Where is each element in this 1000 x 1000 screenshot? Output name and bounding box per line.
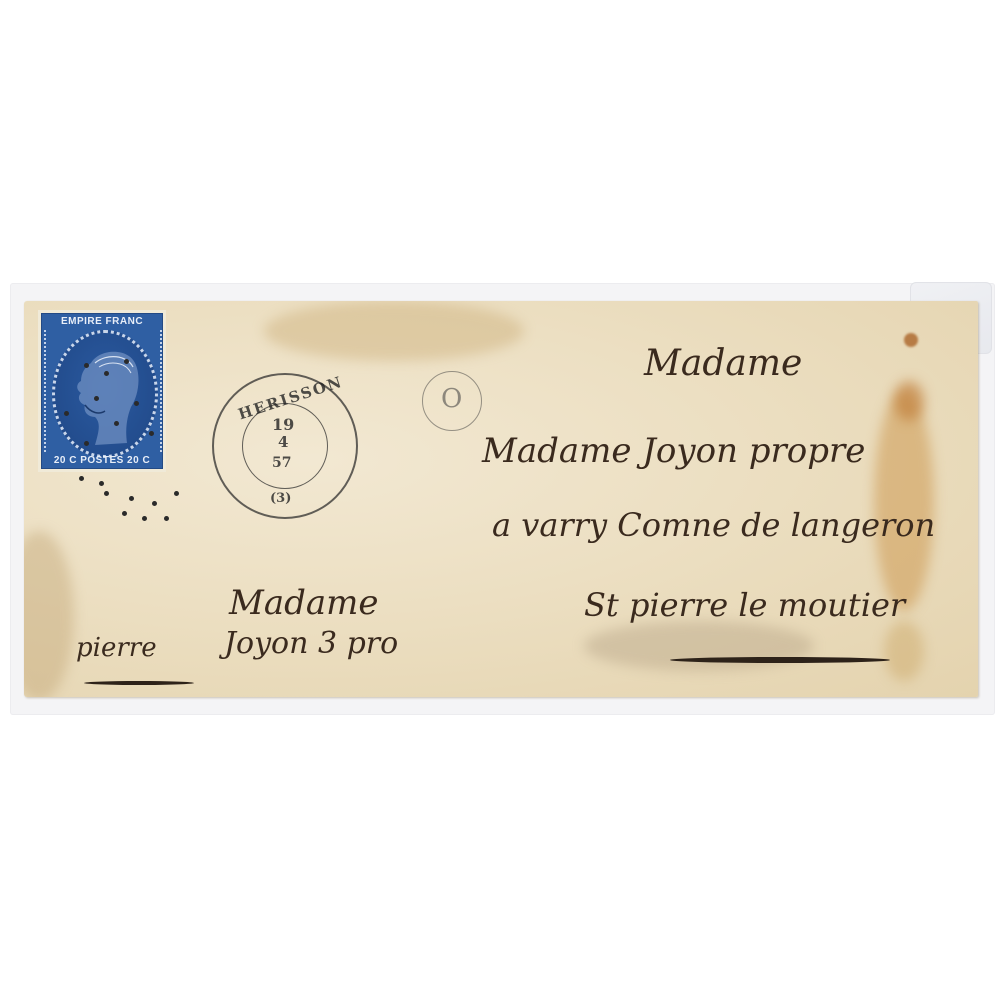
stain <box>894 381 924 421</box>
address-line-2: Madame Joyon propre <box>482 431 865 471</box>
annotation-word-2: Joyon 3 pro <box>224 626 398 661</box>
secondary-circle-mark: O <box>422 371 482 431</box>
annotation-word-3: pierre <box>76 633 157 663</box>
address-line-4: St pierre le moutier <box>584 586 905 624</box>
postmark-month: 4 <box>278 433 288 451</box>
postmark-day: 19 <box>272 415 294 434</box>
stain <box>874 391 934 611</box>
secondary-mark-text: O <box>441 384 462 414</box>
address-line-3: a varry Comne de langeron <box>492 506 935 544</box>
postmark-year: 57 <box>272 455 291 471</box>
stain <box>884 621 924 681</box>
envelope: EMPIRE FRANC 20 C POSTES 20 C <box>24 301 978 697</box>
annotation-word-1: Madame <box>229 583 378 623</box>
stain <box>904 333 918 347</box>
stamp-top-text: EMPIRE FRANC <box>42 316 162 327</box>
portrait-icon <box>55 333 155 455</box>
stain <box>264 301 524 361</box>
postmark: HERISSON 19 4 57 (3) <box>212 373 358 519</box>
postmark-department: (3) <box>270 491 291 506</box>
stamp-portrait <box>52 330 158 458</box>
stain <box>584 621 814 671</box>
postage-stamp: EMPIRE FRANC 20 C POSTES 20 C <box>38 310 166 472</box>
address-line-1: Madame <box>644 343 802 384</box>
stamp-bottom-text: 20 C POSTES 20 C <box>42 455 162 466</box>
underline-stroke <box>84 681 194 685</box>
underline-stroke <box>670 657 890 663</box>
stain <box>24 531 74 697</box>
